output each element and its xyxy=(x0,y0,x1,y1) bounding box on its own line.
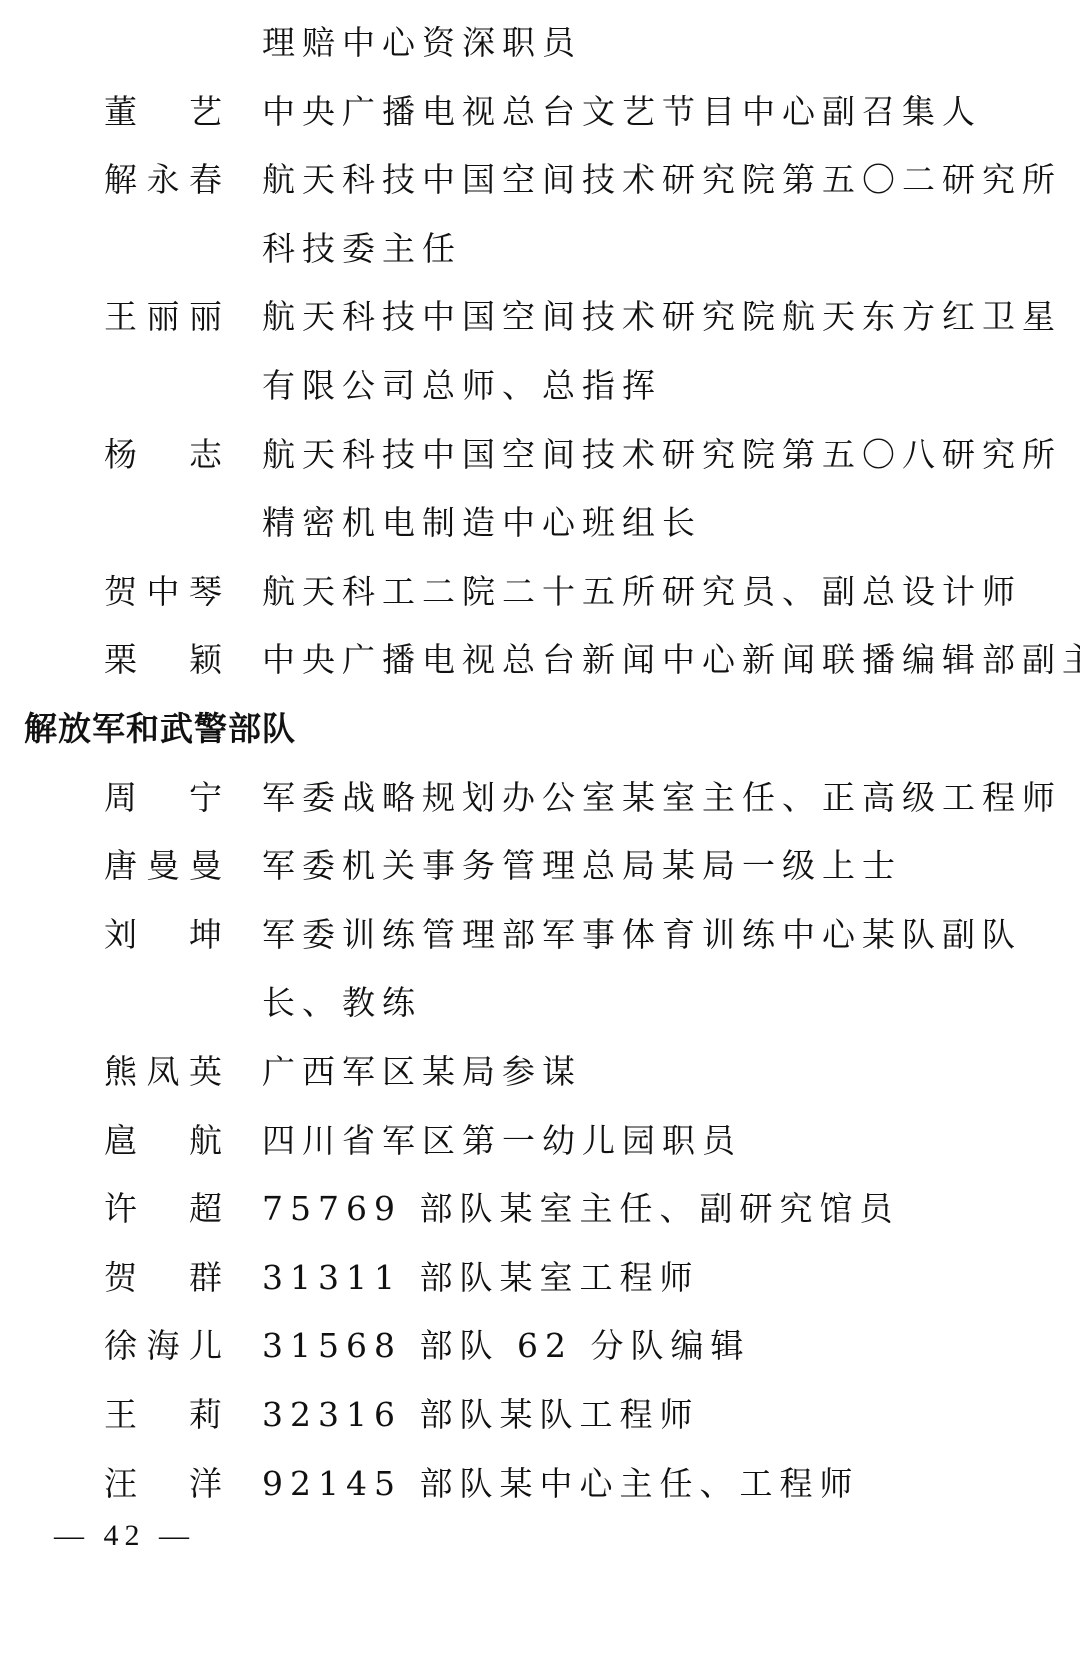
position-description: 军委训练管理部军事体育训练中心某队副队 xyxy=(262,900,1022,969)
position-description: 中央广播电视总台文艺节目中心副召集人 xyxy=(262,77,982,146)
section-heading: 解放军和武警部队 xyxy=(24,694,296,763)
position-description: 军委战略规划办公室某室主任、正高级工程师 xyxy=(262,763,1062,832)
position-description: 理赔中心资深职员 xyxy=(262,8,582,77)
list-item: 董艺中央广播电视总台文艺节目中心副召集人 xyxy=(0,77,1080,146)
list-item: 刘坤军委训练管理部军事体育训练中心某队副队 xyxy=(0,900,1080,969)
position-description: 31568 部队 62 分队编辑 xyxy=(262,1311,750,1380)
position-description: 75769 部队某室主任、副研究馆员 xyxy=(262,1174,899,1243)
person-name: 王莉 xyxy=(104,1380,222,1449)
person-name: 许超 xyxy=(104,1174,222,1243)
position-description: 四川省军区第一幼儿园职员 xyxy=(262,1106,742,1175)
position-description: 军委机关事务管理总局某局一级上士 xyxy=(262,831,902,900)
list-item: 汪洋92145 部队某中心主任、工程师 xyxy=(0,1449,1080,1518)
position-description: 长、教练 xyxy=(262,968,422,1037)
list-item: 扈航四川省军区第一幼儿园职员 xyxy=(0,1106,1080,1175)
position-description: 航天科技中国空间技术研究院第五〇二研究所 xyxy=(262,145,1062,214)
continuation-line: 理赔中心资深职员 xyxy=(0,8,1080,77)
list-item: 周宁军委战略规划办公室某室主任、正高级工程师 xyxy=(0,763,1080,832)
person-name: 杨志 xyxy=(104,420,222,489)
position-description: 有限公司总师、总指挥 xyxy=(262,351,662,420)
list-item-continuation: 长、教练 xyxy=(0,968,1080,1037)
person-name: 刘坤 xyxy=(104,900,222,969)
position-description: 精密机电制造中心班组长 xyxy=(262,488,702,557)
person-name: 解永春 xyxy=(104,145,222,214)
person-name: 徐海儿 xyxy=(104,1311,222,1380)
list-item: 贺群31311 部队某室工程师 xyxy=(0,1243,1080,1312)
list-item: 许超75769 部队某室主任、副研究馆员 xyxy=(0,1174,1080,1243)
list-item-continuation: 精密机电制造中心班组长 xyxy=(0,488,1080,557)
position-description: 32316 部队某队工程师 xyxy=(262,1380,699,1449)
list-item: 唐曼曼军委机关事务管理总局某局一级上士 xyxy=(0,831,1080,900)
position-description: 航天科技中国空间技术研究院航天东方红卫星 xyxy=(262,282,1062,351)
position-description: 航天科技中国空间技术研究院第五〇八研究所 xyxy=(262,420,1062,489)
person-name: 熊凤英 xyxy=(104,1037,222,1106)
list-item: 徐海儿31568 部队 62 分队编辑 xyxy=(0,1311,1080,1380)
person-name: 贺群 xyxy=(104,1243,222,1312)
page-number: — 42 — xyxy=(54,1519,195,1553)
person-name: 唐曼曼 xyxy=(104,831,222,900)
list-item-continuation: 有限公司总师、总指挥 xyxy=(0,351,1080,420)
position-description: 31311 部队某室工程师 xyxy=(262,1243,699,1312)
list-item: 王莉32316 部队某队工程师 xyxy=(0,1380,1080,1449)
person-name: 周宁 xyxy=(104,763,222,832)
person-name: 扈航 xyxy=(104,1106,222,1175)
person-name: 董艺 xyxy=(104,77,222,146)
list-item: 杨志航天科技中国空间技术研究院第五〇八研究所 xyxy=(0,420,1080,489)
list-item: 解永春航天科技中国空间技术研究院第五〇二研究所 xyxy=(0,145,1080,214)
section-heading-line: 解放军和武警部队 xyxy=(0,694,1080,763)
person-name: 栗颖 xyxy=(104,625,222,694)
person-name: 王丽丽 xyxy=(104,282,222,351)
position-description: 科技委主任 xyxy=(262,214,462,283)
position-description: 中央广播电视总台新闻中心新闻联播编辑部副主任 xyxy=(262,625,1080,694)
list-item-continuation: 科技委主任 xyxy=(0,214,1080,283)
position-description: 92145 部队某中心主任、工程师 xyxy=(262,1449,859,1518)
person-name: 汪洋 xyxy=(104,1449,222,1518)
list-item: 贺中琴航天科工二院二十五所研究员、副总设计师 xyxy=(0,557,1080,626)
list-item: 栗颖中央广播电视总台新闻中心新闻联播编辑部副主任 xyxy=(0,625,1080,694)
position-description: 广西军区某局参谋 xyxy=(262,1037,582,1106)
person-name: 贺中琴 xyxy=(104,557,222,626)
position-description: 航天科工二院二十五所研究员、副总设计师 xyxy=(262,557,1022,626)
list-item: 王丽丽航天科技中国空间技术研究院航天东方红卫星 xyxy=(0,282,1080,351)
list-item: 熊凤英广西军区某局参谋 xyxy=(0,1037,1080,1106)
